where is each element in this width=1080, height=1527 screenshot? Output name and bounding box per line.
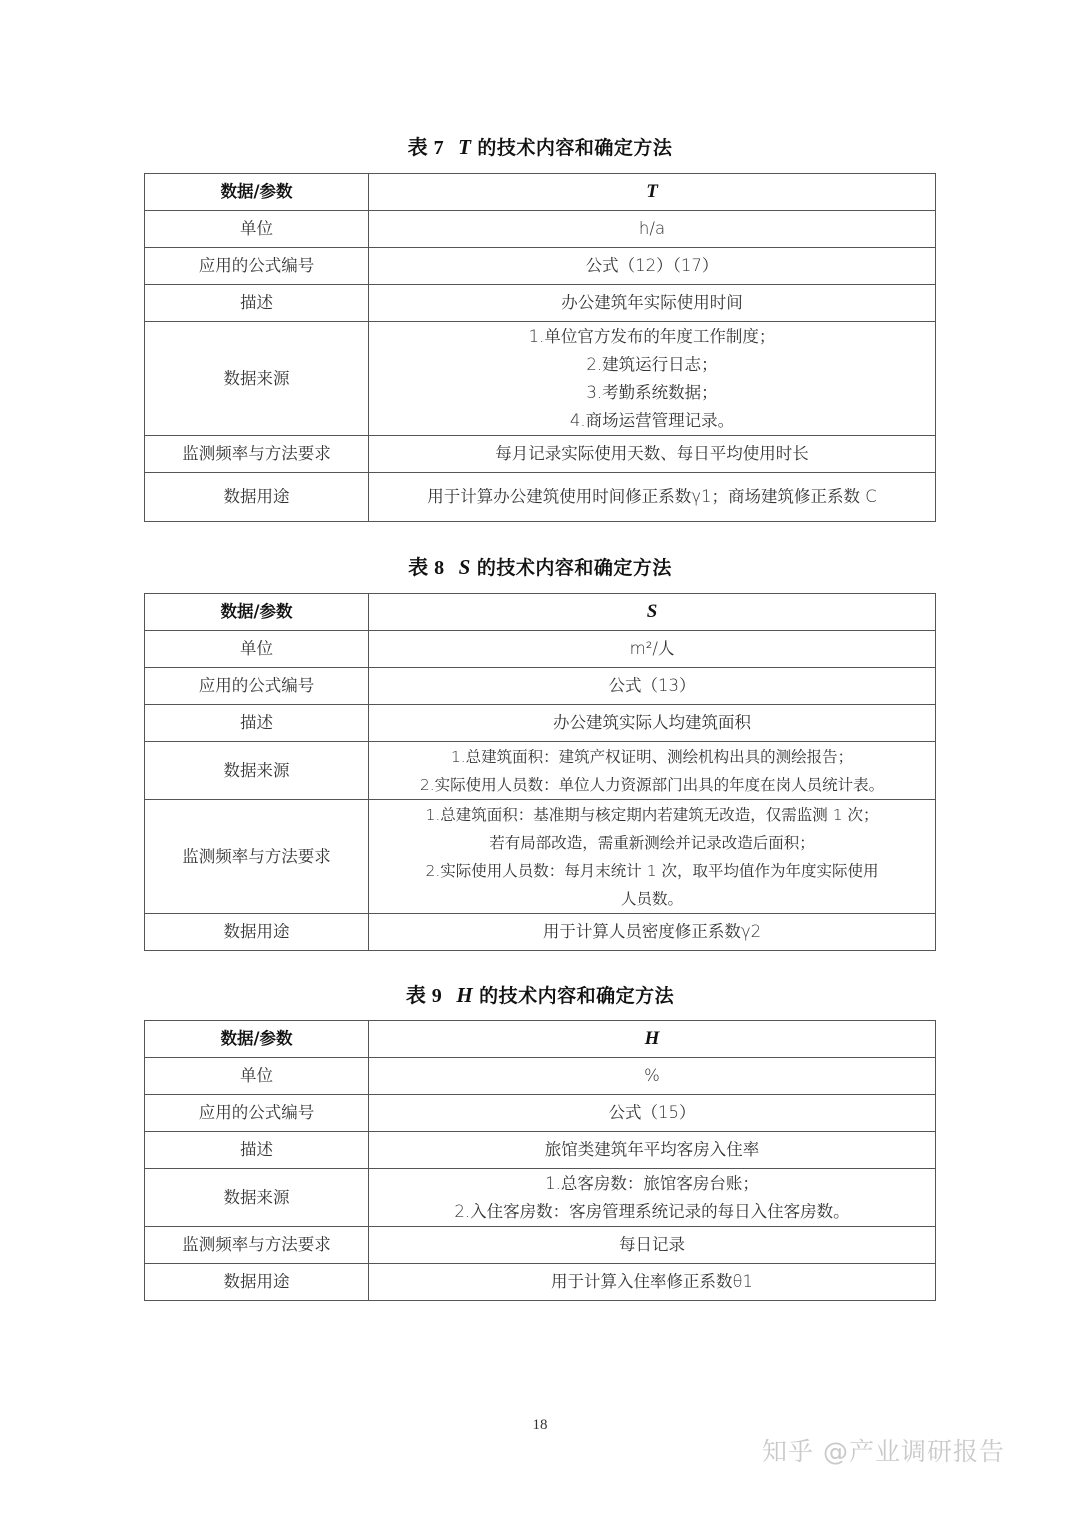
- table-row: 应用的公式编号 公式（13）: [145, 668, 936, 705]
- row-key: 应用的公式编号: [145, 668, 369, 705]
- table-row: 数据用途 用于计算入住率修正系数θ1: [145, 1264, 936, 1301]
- table-header-row: 数据/参数 H: [145, 1021, 936, 1058]
- row-key: 描述: [145, 285, 369, 322]
- table-row: 数据来源 1.单位官方发布的年度工作制度； 2.建筑运行日志； 3.考勤系统数据…: [145, 322, 936, 436]
- value-line: 3.考勤系统数据；: [375, 379, 929, 407]
- row-value: 1.总客房数：旅馆客房台账； 2.入住客房数：客房管理系统记录的每日入住客房数。: [369, 1169, 936, 1227]
- header-value: T: [369, 174, 936, 211]
- table-row: 应用的公式编号 公式（12）（17）: [145, 248, 936, 285]
- row-value: 1.总建筑面积：基准期与核定期内若建筑无改造，仅需监测 1 次； 若有局部改造，…: [369, 800, 936, 914]
- table-7-caption: 表 7T的技术内容和确定方法: [0, 131, 1080, 160]
- value-line: 若有局部改造，需重新测绘并记录改造后面积；: [375, 829, 929, 857]
- value-line: 4.商场运营管理记录。: [375, 407, 929, 435]
- row-key: 监测频率与方法要求: [145, 436, 369, 473]
- row-value: 公式（13）: [369, 668, 936, 705]
- table-8-caption: 表 8S的技术内容和确定方法: [0, 551, 1080, 580]
- table-row: 描述 办公建筑实际人均建筑面积: [145, 705, 936, 742]
- row-value: 办公建筑实际人均建筑面积: [369, 705, 936, 742]
- row-key: 监测频率与方法要求: [145, 800, 369, 914]
- value-line: 1.总建筑面积：建筑产权证明、测绘机构出具的测绘报告；: [375, 743, 929, 771]
- value-line: 1.总客房数：旅馆客房台账；: [375, 1170, 929, 1198]
- header-key: 数据/参数: [145, 1021, 369, 1058]
- watermark: 知乎 @产业调研报告: [762, 1432, 1005, 1468]
- row-key: 单位: [145, 211, 369, 248]
- table-row: 数据用途 用于计算办公建筑使用时间修正系数γ1；商场建筑修正系数 C: [145, 473, 936, 522]
- row-key: 数据用途: [145, 914, 369, 951]
- caption-prefix: 表 8: [408, 557, 445, 579]
- caption-symbol: T: [458, 135, 471, 159]
- table-row: 数据来源 1.总建筑面积：建筑产权证明、测绘机构出具的测绘报告； 2.实际使用人…: [145, 742, 936, 800]
- row-value: 1.总建筑面积：建筑产权证明、测绘机构出具的测绘报告； 2.实际使用人员数：单位…: [369, 742, 936, 800]
- caption-prefix: 表 7: [408, 137, 445, 159]
- table-9-caption: 表 9H的技术内容和确定方法: [0, 979, 1080, 1008]
- table-header-row: 数据/参数 S: [145, 594, 936, 631]
- row-value: %: [369, 1058, 936, 1095]
- row-value: 旅馆类建筑年平均客房入住率: [369, 1132, 936, 1169]
- caption-suffix: 的技术内容和确定方法: [477, 557, 672, 579]
- value-line: 1.单位官方发布的年度工作制度；: [375, 323, 929, 351]
- table-9: 数据/参数 H 单位 % 应用的公式编号 公式（15） 描述 旅馆类建筑年平均客…: [144, 1020, 936, 1301]
- row-key: 单位: [145, 631, 369, 668]
- value-line: 2.建筑运行日志；: [375, 351, 929, 379]
- row-key: 数据来源: [145, 1169, 369, 1227]
- row-key: 数据用途: [145, 1264, 369, 1301]
- table-row: 单位 m²/人: [145, 631, 936, 668]
- header-key: 数据/参数: [145, 594, 369, 631]
- value-line: 人员数。: [375, 885, 929, 913]
- table-row: 数据来源 1.总客房数：旅馆客房台账； 2.入住客房数：客房管理系统记录的每日入…: [145, 1169, 936, 1227]
- row-key: 描述: [145, 1132, 369, 1169]
- row-value: 办公建筑年实际使用时间: [369, 285, 936, 322]
- table-row: 监测频率与方法要求 1.总建筑面积：基准期与核定期内若建筑无改造，仅需监测 1 …: [145, 800, 936, 914]
- value-line: 2.实际使用人员数：每月末统计 1 次，取平均值作为年度实际使用: [375, 857, 929, 885]
- value-line: 2.实际使用人员数：单位人力资源部门出具的年度在岗人员统计表。: [375, 771, 929, 799]
- row-key: 单位: [145, 1058, 369, 1095]
- table-row: 单位 h/a: [145, 211, 936, 248]
- row-value: 1.单位官方发布的年度工作制度； 2.建筑运行日志； 3.考勤系统数据； 4.商…: [369, 322, 936, 436]
- row-key: 数据用途: [145, 473, 369, 522]
- table-row: 数据用途 用于计算人员密度修正系数γ2: [145, 914, 936, 951]
- table-8: 数据/参数 S 单位 m²/人 应用的公式编号 公式（13） 描述 办公建筑实际…: [144, 593, 936, 951]
- header-value: S: [369, 594, 936, 631]
- header-key: 数据/参数: [145, 174, 369, 211]
- caption-suffix: 的技术内容和确定方法: [479, 985, 674, 1007]
- caption-prefix: 表 9: [406, 985, 443, 1007]
- header-value: H: [369, 1021, 936, 1058]
- row-key: 监测频率与方法要求: [145, 1227, 369, 1264]
- row-value: 公式（15）: [369, 1095, 936, 1132]
- row-value: h/a: [369, 211, 936, 248]
- value-line: 2.入住客房数：客房管理系统记录的每日入住客房数。: [375, 1198, 929, 1226]
- table-row: 描述 旅馆类建筑年平均客房入住率: [145, 1132, 936, 1169]
- table-row: 描述 办公建筑年实际使用时间: [145, 285, 936, 322]
- row-value: 用于计算入住率修正系数θ1: [369, 1264, 936, 1301]
- table-7: 数据/参数 T 单位 h/a 应用的公式编号 公式（12）（17） 描述 办公建…: [144, 173, 936, 522]
- table-header-row: 数据/参数 T: [145, 174, 936, 211]
- table-row: 监测频率与方法要求 每月记录实际使用天数、每日平均使用时长: [145, 436, 936, 473]
- caption-symbol: H: [456, 983, 473, 1007]
- row-value: 公式（12）（17）: [369, 248, 936, 285]
- row-key: 数据来源: [145, 742, 369, 800]
- row-key: 应用的公式编号: [145, 1095, 369, 1132]
- row-key: 应用的公式编号: [145, 248, 369, 285]
- row-value: 每日记录: [369, 1227, 936, 1264]
- table-row: 监测频率与方法要求 每日记录: [145, 1227, 936, 1264]
- value-line: 1.总建筑面积：基准期与核定期内若建筑无改造，仅需监测 1 次；: [375, 801, 929, 829]
- row-value: m²/人: [369, 631, 936, 668]
- caption-symbol: S: [459, 555, 471, 579]
- caption-suffix: 的技术内容和确定方法: [477, 137, 672, 159]
- row-key: 数据来源: [145, 322, 369, 436]
- row-value: 用于计算人员密度修正系数γ2: [369, 914, 936, 951]
- row-value: 用于计算办公建筑使用时间修正系数γ1；商场建筑修正系数 C: [369, 473, 936, 522]
- row-value: 每月记录实际使用天数、每日平均使用时长: [369, 436, 936, 473]
- row-key: 描述: [145, 705, 369, 742]
- table-row: 单位 %: [145, 1058, 936, 1095]
- table-row: 应用的公式编号 公式（15）: [145, 1095, 936, 1132]
